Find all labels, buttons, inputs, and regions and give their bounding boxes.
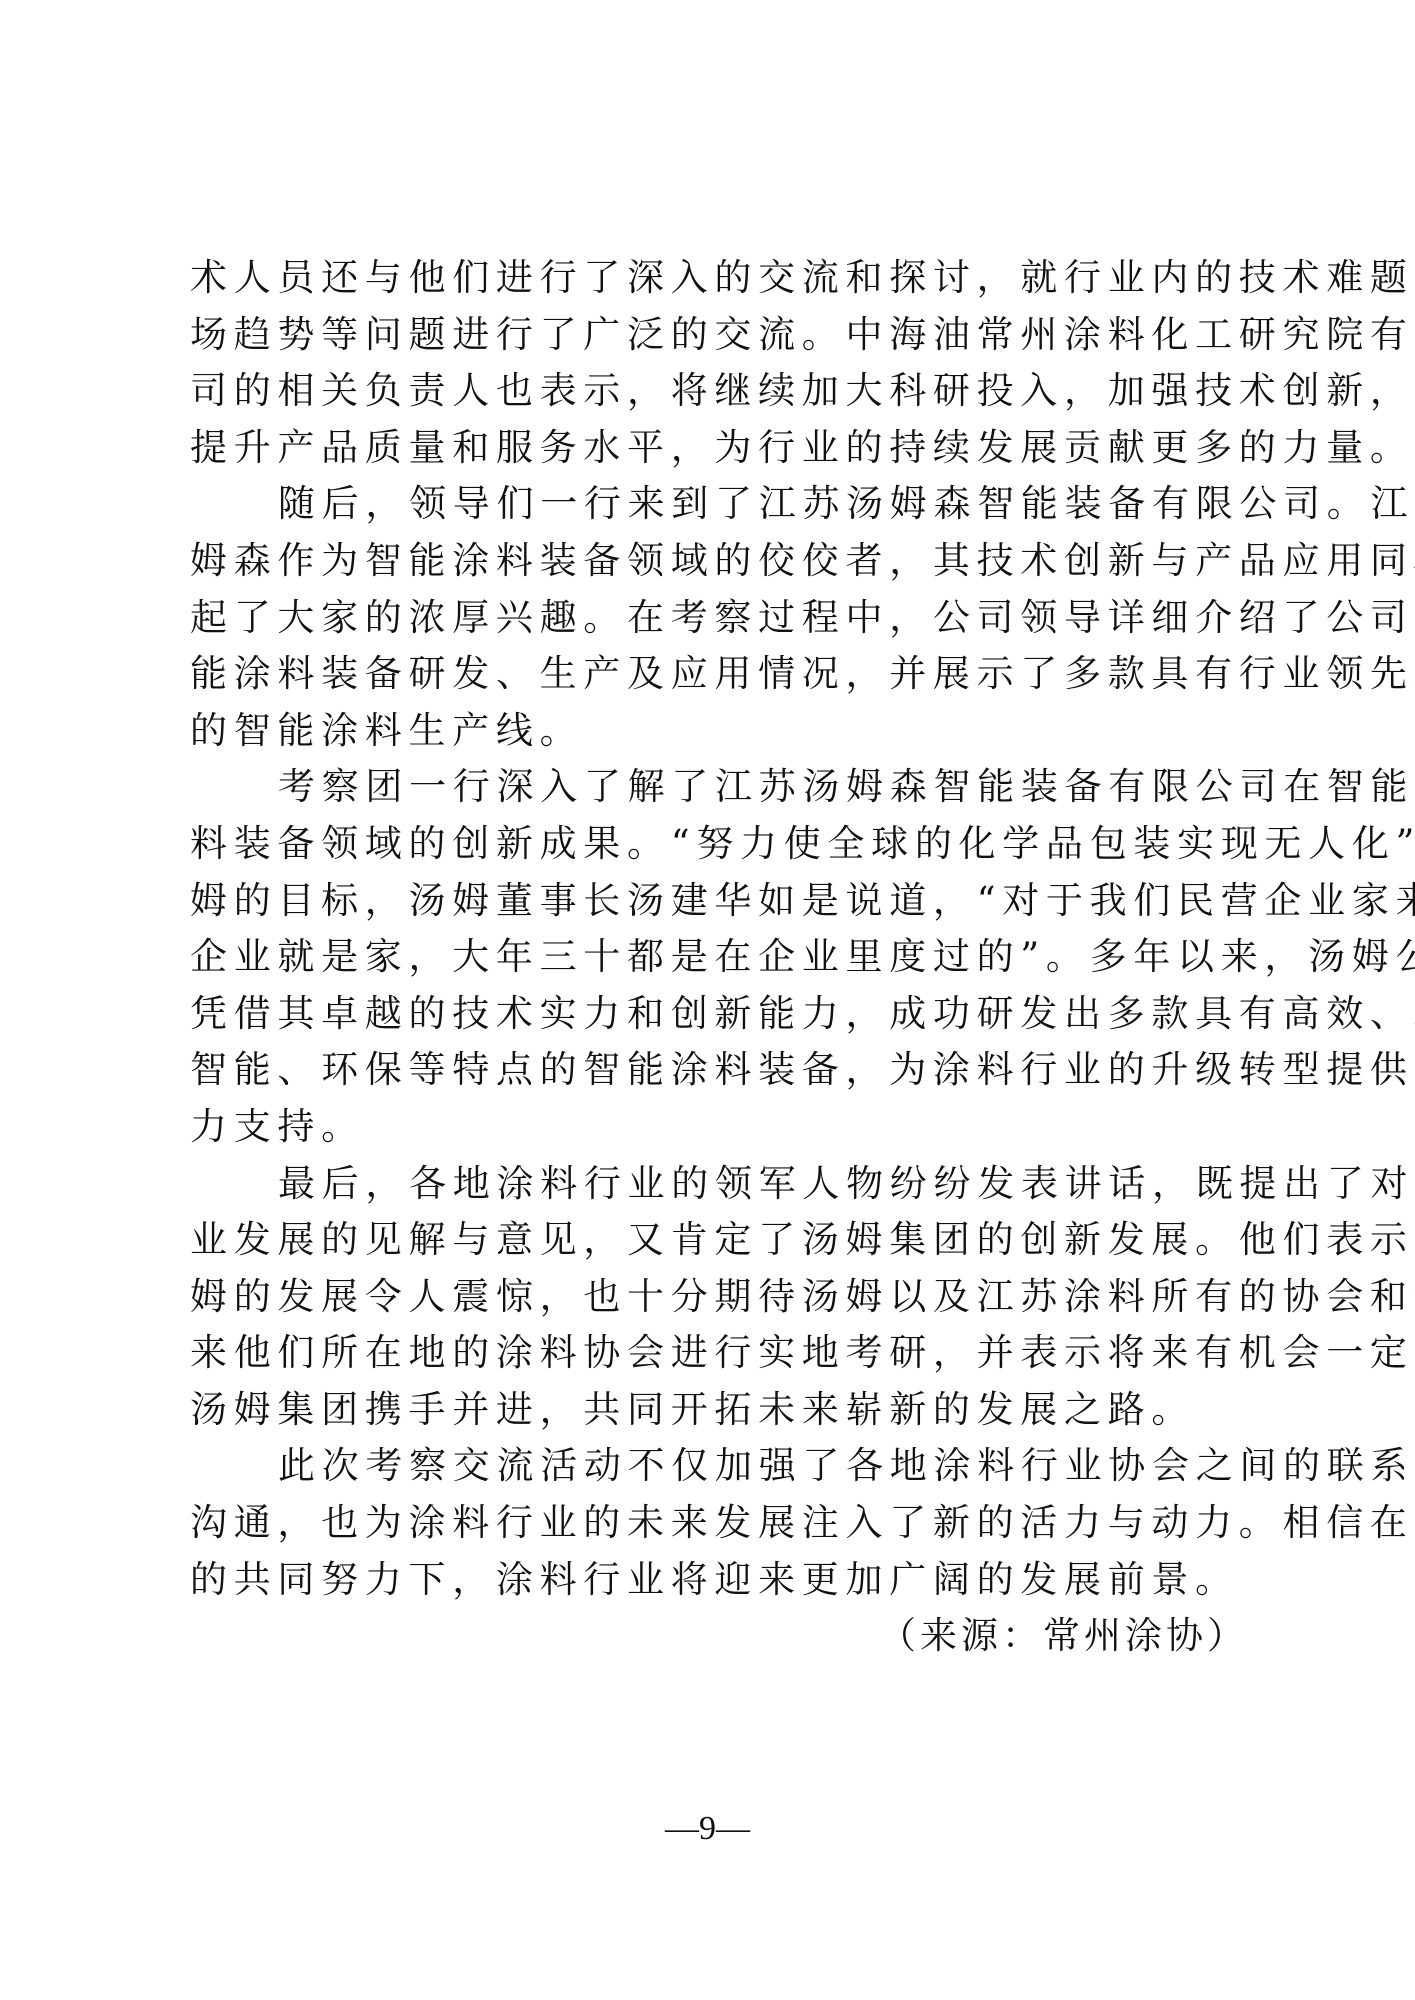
text-line: 考察团一行深入了解了江苏汤姆森智能装备有限公司在智能涂 <box>190 759 1250 816</box>
text-line: 的共同努力下，涂料行业将迎来更加广阔的发展前景。 <box>190 1552 1250 1609</box>
text-line: 随后，领导们一行来到了江苏汤姆森智能装备有限公司。江苏汤 <box>190 476 1250 533</box>
text-line: 此次考察交流活动不仅加强了各地涂料行业协会之间的联系与 <box>190 1438 1250 1495</box>
article-body: 术人员还与他们进行了深入的交流和探讨，就行业内的技术难题、市 场趋势等问题进行了… <box>190 250 1250 1665</box>
text-line: 提升产品质量和服务水平，为行业的持续发展贡献更多的力量。 <box>190 420 1250 477</box>
source-attribution: （来源：常州涂协） <box>190 1608 1250 1665</box>
text-line: 企业就是家，大年三十都是在企业里度过的”。多年以来，汤姆公司 <box>190 929 1250 986</box>
text-line: 凭借其卓越的技术实力和创新能力，成功研发出多款具有高效、精准、 <box>190 986 1250 1043</box>
text-line: 姆森作为智能涂料装备领域的佼佼者，其技术创新与产品应用同样引 <box>190 533 1250 590</box>
text-line: 业发展的见解与意见，又肯定了汤姆集团的创新发展。他们表示：汤 <box>190 1212 1250 1269</box>
text-line: 司的相关负责人也表示，将继续加大科研投入，加强技术创新，不断 <box>190 363 1250 420</box>
text-line: 术人员还与他们进行了深入的交流和探讨，就行业内的技术难题、市 <box>190 250 1250 307</box>
text-line: 来他们所在地的涂料协会进行实地考研，并表示将来有机会一定要与 <box>190 1325 1250 1382</box>
text-line: 力支持。 <box>190 1099 1250 1156</box>
text-line: 沟通，也为涂料行业的未来发展注入了新的活力与动力。相信在大家 <box>190 1495 1250 1552</box>
text-line: 场趋势等问题进行了广泛的交流。中海油常州涂料化工研究院有限公 <box>190 307 1250 364</box>
document-page: 术人员还与他们进行了深入的交流和探讨，就行业内的技术难题、市 场趋势等问题进行了… <box>0 0 1415 2000</box>
text-line: 姆的目标，汤姆董事长汤建华如是说道，“对于我们民营企业家来说， <box>190 873 1250 930</box>
text-line: 智能、环保等特点的智能涂料装备，为涂料行业的升级转型提供了有 <box>190 1042 1250 1099</box>
text-line: 最后，各地涂料行业的领军人物纷纷发表讲话，既提出了对于企 <box>190 1156 1250 1213</box>
text-line: 的智能涂料生产线。 <box>190 703 1250 760</box>
text-line: 汤姆集团携手并进，共同开拓未来崭新的发展之路。 <box>190 1382 1250 1439</box>
text-line: 起了大家的浓厚兴趣。在考察过程中，公司领导详细介绍了公司的智 <box>190 590 1250 647</box>
page-number: —9— <box>0 1810 1415 1848</box>
text-line: 能涂料装备研发、生产及应用情况，并展示了多款具有行业领先水平 <box>190 646 1250 703</box>
text-line: 料装备领域的创新成果。“努力使全球的化学品包装实现无人化”是汤 <box>190 816 1250 873</box>
text-line: 姆的发展令人震惊，也十分期待汤姆以及江苏涂料所有的协会和企业 <box>190 1269 1250 1326</box>
